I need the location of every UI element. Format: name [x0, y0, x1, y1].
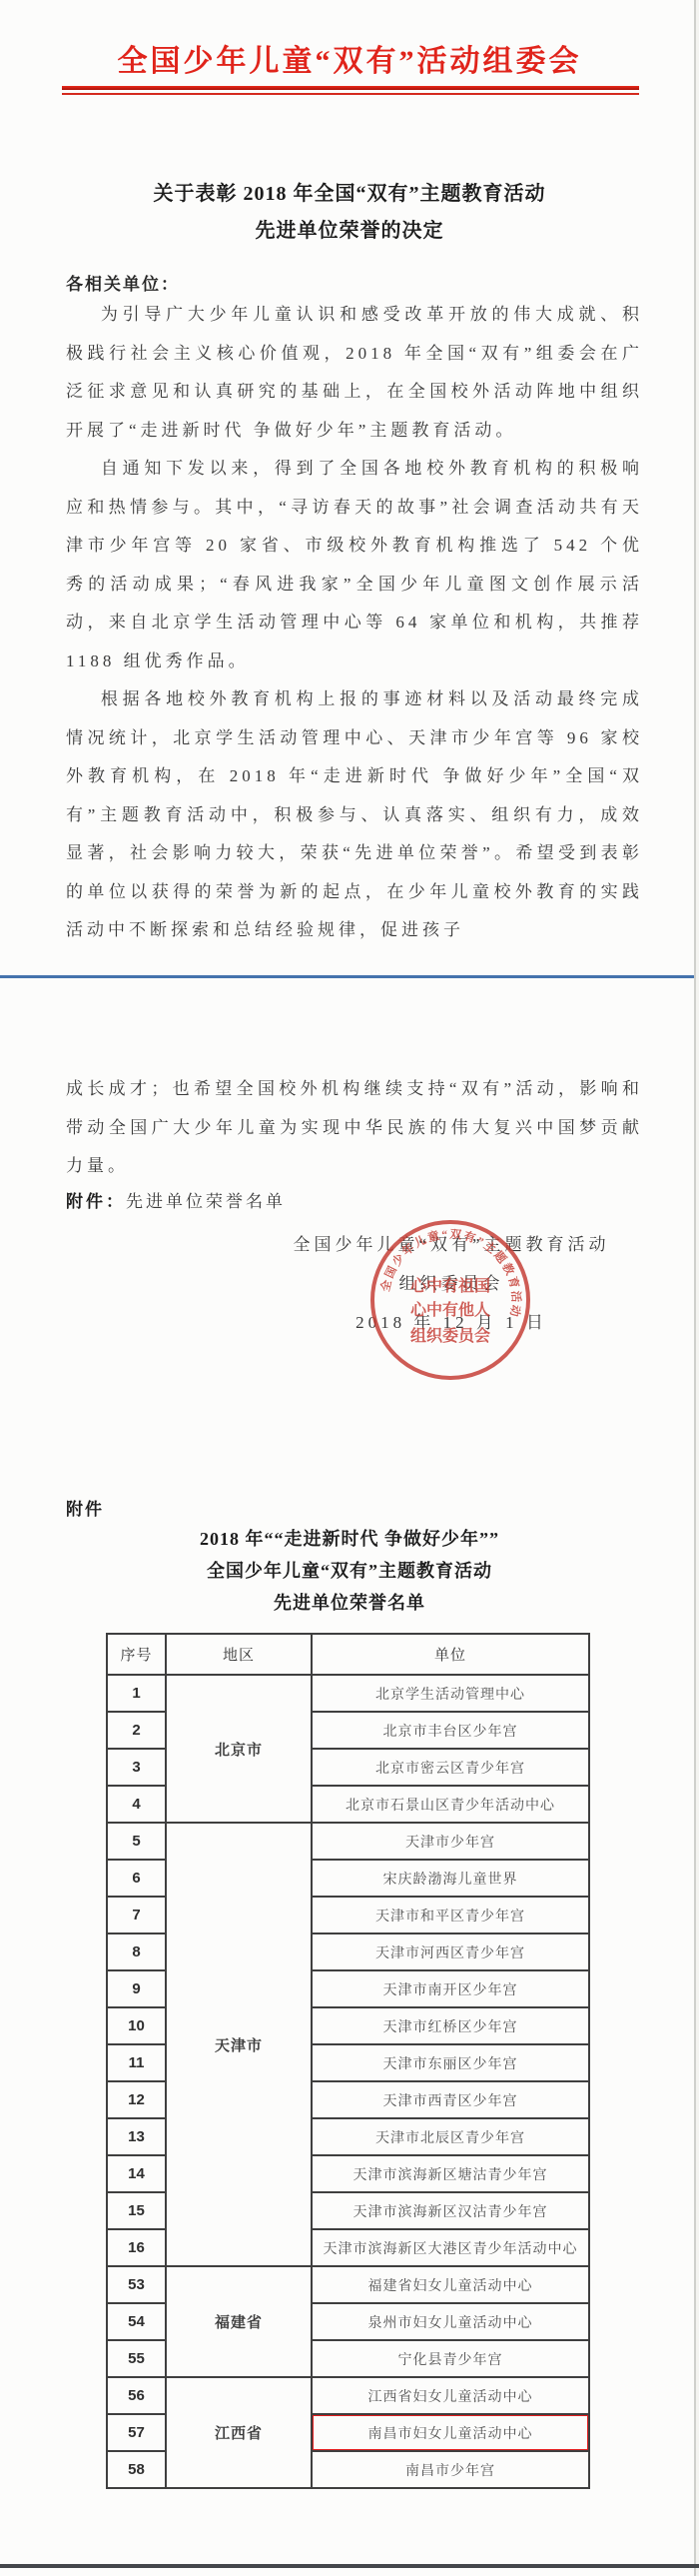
unit-cell: 天津市西青区少年宫 — [312, 2081, 589, 2118]
attachment-note-label: 附件： — [66, 1192, 126, 1211]
row-number-cell: 2 — [107, 1712, 166, 1749]
page-divider-line — [0, 975, 699, 978]
row-number-cell: 15 — [107, 2192, 166, 2229]
body-paragraph-continuation: 成长成才；也希望全国校外机构继续支持“双有”活动，影响和带动全国广大少年儿童为实… — [66, 1070, 643, 1186]
row-number-cell: 56 — [107, 2377, 166, 2414]
body-paragraph-3: 根据各地校外教育机构上报的事迹材料以及活动最终完成情况统计，北京学生活动管理中心… — [66, 680, 643, 950]
seal-center-line1: 心中有祖国 — [410, 1276, 490, 1295]
unit-cell: 北京学生活动管理中心 — [312, 1675, 589, 1712]
row-number-cell: 13 — [107, 2118, 166, 2155]
row-number-cell: 58 — [107, 2451, 166, 2488]
row-number-cell: 7 — [107, 1897, 166, 1933]
unit-cell: 宋庆龄渤海儿童世界 — [312, 1860, 589, 1897]
unit-cell: 天津市滨海新区大港区青少年活动中心 — [312, 2229, 589, 2266]
row-number-cell: 16 — [107, 2229, 166, 2266]
honor-table: 序号 地区 单位 1北京市北京学生活动管理中心2北京市丰台区少年宫3北京市密云区… — [106, 1633, 590, 2489]
seal-ring — [372, 1222, 528, 1378]
row-number-cell: 10 — [107, 2007, 166, 2044]
region-cell: 天津市 — [166, 1823, 312, 2266]
unit-cell: 天津市南开区少年宫 — [312, 1970, 589, 2007]
attachment-note-value: 先进单位荣誉名单 — [126, 1192, 286, 1211]
seal-center-line2: 心中有他人 — [410, 1300, 490, 1319]
attachment-label: 附件 — [66, 1495, 104, 1520]
honor-table-body: 1北京市北京学生活动管理中心2北京市丰台区少年宫3北京市密云区青少年宫4北京市石… — [107, 1675, 589, 2488]
highlight-annotation: 南昌市妇女儿童活动中心 — [312, 2414, 589, 2451]
body-paragraph-1: 为引导广大少年儿童认识和感受改革开放的伟大成就、积极践行社会主义核心价值观，20… — [66, 296, 643, 450]
attachment-note: 附件：先进单位荣誉名单 — [66, 1187, 286, 1212]
attachment-title: 2018 年““走进新时代 争做好少年”” 全国少年儿童“双有”主题教育活动 先… — [0, 1523, 699, 1619]
attachment-title-line1: 2018 年““走进新时代 争做好少年”” — [0, 1523, 699, 1555]
salutation: 各相关单位： — [66, 270, 180, 295]
doc-title-line1: 关于表彰 2018 年全国“双有”主题教育活动 — [0, 176, 699, 213]
attachment-title-line3: 先进单位荣誉名单 — [0, 1587, 699, 1619]
unit-cell: 天津市滨海新区塘沽青少年宫 — [312, 2155, 589, 2192]
table-row: 56江西省江西省妇女儿童活动中心 — [107, 2377, 589, 2414]
row-number-cell: 1 — [107, 1675, 166, 1712]
unit-cell: 南昌市少年宫 — [312, 2451, 589, 2488]
row-number-cell: 5 — [107, 1823, 166, 1860]
unit-cell: 北京市石景山区青少年活动中心 — [312, 1786, 589, 1823]
unit-cell: 北京市丰台区少年宫 — [312, 1712, 589, 1749]
document-page: 全国少年儿童“双有”活动组委会 关于表彰 2018 年全国“双有”主题教育活动 … — [0, 0, 699, 2576]
doc-title: 关于表彰 2018 年全国“双有”主题教育活动 先进单位荣誉的决定 — [0, 176, 699, 250]
unit-cell: 天津市和平区青少年宫 — [312, 1897, 589, 1933]
region-cell: 江西省 — [166, 2377, 312, 2488]
unit-cell: 天津市少年宫 — [312, 1823, 589, 1860]
row-number-cell: 9 — [107, 1970, 166, 2007]
unit-cell: 南昌市妇女儿童活动中心 — [312, 2414, 589, 2451]
row-number-cell: 12 — [107, 2081, 166, 2118]
unit-cell: 宁化县青少年宫 — [312, 2340, 589, 2377]
unit-cell: 福建省妇女儿童活动中心 — [312, 2266, 589, 2303]
row-number-cell: 11 — [107, 2044, 166, 2081]
unit-cell: 天津市滨海新区汉沽青少年宫 — [312, 2192, 589, 2229]
attachment-title-line2: 全国少年儿童“双有”主题教育活动 — [0, 1555, 699, 1587]
table-row: 53福建省福建省妇女儿童活动中心 — [107, 2266, 589, 2303]
row-number-cell: 8 — [107, 1933, 166, 1970]
table-row: 1北京市北京学生活动管理中心 — [107, 1675, 589, 1712]
unit-cell: 天津市东丽区少年宫 — [312, 2044, 589, 2081]
image-bottom-border — [0, 2564, 699, 2568]
row-number-cell: 53 — [107, 2266, 166, 2303]
image-right-border — [694, 0, 696, 2576]
title-underline-thin — [62, 93, 639, 95]
row-number-cell: 6 — [107, 1860, 166, 1897]
unit-cell: 天津市红桥区少年宫 — [312, 2007, 589, 2044]
org-title: 全国少年儿童“双有”活动组委会 — [0, 36, 699, 80]
row-number-cell: 54 — [107, 2303, 166, 2340]
unit-cell: 泉州市妇女儿童活动中心 — [312, 2303, 589, 2340]
header-cell-region: 地区 — [166, 1634, 312, 1675]
row-number-cell: 55 — [107, 2340, 166, 2377]
row-number-cell: 3 — [107, 1749, 166, 1786]
body-paragraph-2: 自通知下发以来，得到了全国各地校外教育机构的积极响应和热情参与。其中，“寻访春天… — [66, 450, 643, 680]
table-header-row: 序号 地区 单位 — [107, 1634, 589, 1675]
unit-cell: 天津市河西区青少年宫 — [312, 1933, 589, 1970]
row-number-cell: 4 — [107, 1786, 166, 1823]
header-cell-unit: 单位 — [312, 1634, 589, 1675]
region-cell: 北京市 — [166, 1675, 312, 1823]
table-row: 5天津市天津市少年宫 — [107, 1823, 589, 1860]
row-number-cell: 14 — [107, 2155, 166, 2192]
header-cell-index: 序号 — [107, 1634, 166, 1675]
region-cell: 福建省 — [166, 2266, 312, 2377]
seal-center-line3: 组织委员会 — [410, 1326, 490, 1345]
title-underline-thick — [62, 86, 639, 90]
unit-cell: 北京市密云区青少年宫 — [312, 1749, 589, 1786]
row-number-cell: 57 — [107, 2414, 166, 2451]
official-seal: 全国少年儿童“双有”主题教育活动 心中有祖国 心中有他人 组织委员会 — [365, 1215, 535, 1385]
unit-cell: 天津市北辰区青少年宫 — [312, 2118, 589, 2155]
unit-cell: 江西省妇女儿童活动中心 — [312, 2377, 589, 2414]
doc-title-line2: 先进单位荣誉的决定 — [0, 213, 699, 250]
